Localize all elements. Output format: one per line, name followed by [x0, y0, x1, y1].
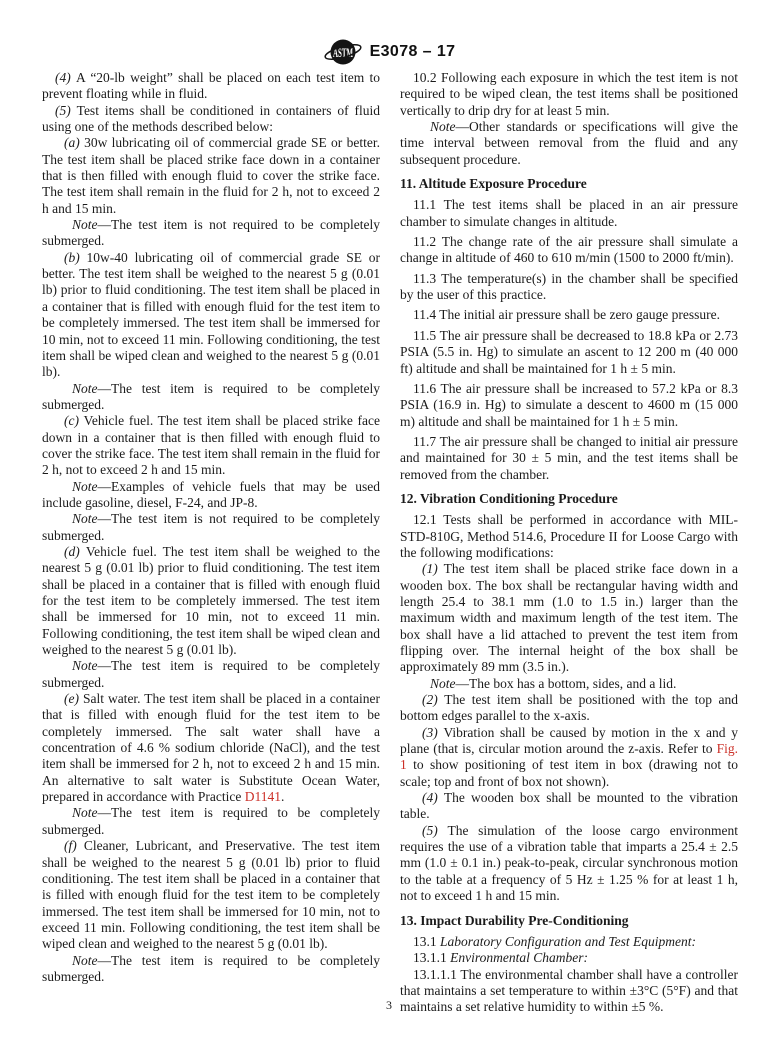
text-run: 30w lubricating oil of commercial grade … [42, 135, 380, 215]
body-columns: (4) A “20-lb weight” shall be placed on … [42, 70, 738, 1016]
body-paragraph: (2) The test item shall be positioned wi… [400, 692, 738, 725]
body-paragraph: 11.5 The air pressure shall be decreased… [400, 328, 738, 377]
section-heading: 12. Vibration Conditioning Procedure [400, 491, 738, 507]
body-paragraph: 11.2 The change rate of the air pressure… [400, 234, 738, 267]
italic-text: (f) [64, 838, 84, 853]
body-paragraph: (3) Vibration shall be caused by motion … [400, 725, 738, 790]
italic-text: Note [72, 381, 98, 396]
page-header: ASTM E3078 – 17 [0, 36, 778, 68]
body-paragraph: (d) Vehicle fuel. The test item shall be… [42, 544, 380, 658]
body-paragraph: 11.6 The air pressure shall be increased… [400, 381, 738, 430]
left-column: (4) A “20-lb weight” shall be placed on … [42, 70, 380, 1016]
text-run: 10.2 Following each exposure in which th… [400, 70, 738, 118]
body-paragraph: (a) 30w lubricating oil of commercial gr… [42, 135, 380, 217]
text-run: . [281, 789, 284, 804]
text-run: 11.2 The change rate of the air pressure… [400, 234, 738, 265]
italic-text: Note [72, 511, 98, 526]
italic-text: Note [430, 676, 456, 691]
note-paragraph: Note—Other standards or specifications w… [400, 119, 738, 168]
body-paragraph: 12.1 Tests shall be performed in accorda… [400, 512, 738, 561]
italic-text: (4) [422, 790, 444, 805]
note-paragraph: Note—The test item is required to be com… [42, 953, 380, 986]
text-run: 13.1 [413, 934, 440, 949]
text-run: The test item shall be positioned with t… [400, 692, 738, 723]
note-paragraph: Note—Examples of vehicle fuels that may … [42, 479, 380, 512]
body-paragraph: (4) The wooden box shall be mounted to t… [400, 790, 738, 823]
text-run: 11.4 The initial air pressure shall be z… [413, 307, 720, 322]
text-run: 11.5 The air pressure shall be decreased… [400, 328, 738, 376]
italic-text: (c) [64, 413, 84, 428]
document-page: ASTM E3078 – 17 (4) A “20-lb weight” sha… [0, 0, 778, 1041]
text-run: —The box has a bottom, sides, and a lid. [456, 676, 677, 691]
note-paragraph: Note—The test item is required to be com… [42, 658, 380, 691]
text-run: 10w-40 lubricating oil of commercial gra… [42, 250, 380, 379]
body-paragraph: (4) A “20-lb weight” shall be placed on … [42, 70, 380, 103]
italic-text: Note [72, 479, 98, 494]
italic-text: (b) [64, 250, 87, 265]
text-run: 13.1.1 [413, 950, 450, 965]
text-run: Vehicle fuel. The test item shall be pla… [42, 413, 380, 477]
astm-logo-icon: ASTM [323, 36, 363, 68]
body-paragraph: (5) The simulation of the loose cargo en… [400, 823, 738, 905]
italic-text: (5) [55, 103, 77, 118]
body-paragraph: (1) The test item shall be placed strike… [400, 561, 738, 675]
section-heading: 13. Impact Durability Pre-Conditioning [400, 913, 738, 929]
text-run: 11.1 The test items shall be placed in a… [400, 197, 738, 228]
body-paragraph: 11.3 The temperature(s) in the chamber s… [400, 271, 738, 304]
italic-text: Note [430, 119, 456, 134]
page-number: 3 [386, 998, 392, 1012]
text-run: 11. Altitude Exposure Procedure [400, 176, 587, 191]
text-run: 11.3 The temperature(s) in the chamber s… [400, 271, 738, 302]
text-run: 11.7 The air pressure shall be changed t… [400, 434, 738, 482]
body-paragraph: (b) 10w-40 lubricating oil of commercial… [42, 250, 380, 381]
italic-text: (e) [64, 691, 83, 706]
right-column: 10.2 Following each exposure in which th… [400, 70, 738, 1016]
note-paragraph: Note—The test item is required to be com… [42, 381, 380, 414]
italic-text: Note [72, 805, 98, 820]
body-paragraph: 11.1 The test items shall be placed in a… [400, 197, 738, 230]
reference-link[interactable]: D1141 [245, 789, 281, 804]
italic-text: (1) [422, 561, 444, 576]
text-run: Vehicle fuel. The test item shall be wei… [42, 544, 380, 657]
text-run: Salt water. The test item shall be place… [42, 691, 380, 804]
italic-text: (a) [64, 135, 84, 150]
body-paragraph: (f) Cleaner, Lubricant, and Preservative… [42, 838, 380, 952]
italic-text: (d) [64, 544, 86, 559]
italic-text: (2) [422, 692, 444, 707]
text-run: The simulation of the loose cargo enviro… [400, 823, 738, 903]
body-paragraph: 13.1 Laboratory Configuration and Test E… [400, 934, 738, 950]
italic-text: Environmental Chamber: [450, 950, 588, 965]
text-run: A “20-lb weight” shall be placed on each… [42, 70, 380, 101]
italic-text: (3) [422, 725, 443, 740]
text-run: Vibration shall be caused by motion in t… [400, 725, 738, 756]
italic-text: Note [72, 658, 98, 673]
note-paragraph: Note—The test item is not required to be… [42, 511, 380, 544]
note-paragraph: Note—The box has a bottom, sides, and a … [400, 676, 738, 692]
body-paragraph: (e) Salt water. The test item shall be p… [42, 691, 380, 805]
note-paragraph: Note—The test item is required to be com… [42, 805, 380, 838]
text-run: Test items shall be conditioned in conta… [42, 103, 380, 134]
text-run: 11.6 The air pressure shall be increased… [400, 381, 738, 429]
italic-text: Note [72, 217, 98, 232]
body-paragraph: 10.2 Following each exposure in which th… [400, 70, 738, 119]
body-paragraph: (5) Test items shall be conditioned in c… [42, 103, 380, 136]
italic-text: Laboratory Configuration and Test Equipm… [440, 934, 696, 949]
italic-text: (5) [422, 823, 447, 838]
note-paragraph: Note—The test item is not required to be… [42, 217, 380, 250]
body-paragraph: 13.1.1 Environmental Chamber: [400, 950, 738, 966]
text-run: to show positioning of test item in box … [400, 757, 738, 788]
text-run: The test item shall be placed strike fac… [400, 561, 738, 674]
body-paragraph: 11.4 The initial air pressure shall be z… [400, 307, 738, 323]
section-heading: 11. Altitude Exposure Procedure [400, 176, 738, 192]
text-run: 12.1 Tests shall be performed in accorda… [400, 512, 738, 560]
text-run: 13. Impact Durability Pre-Conditioning [400, 913, 629, 928]
body-paragraph: 11.7 The air pressure shall be changed t… [400, 434, 738, 483]
page-footer: 3 [0, 998, 778, 1013]
italic-text: (4) [55, 70, 76, 85]
italic-text: Note [72, 953, 98, 968]
text-run: Cleaner, Lubricant, and Preservative. Th… [42, 838, 380, 951]
body-paragraph: (c) Vehicle fuel. The test item shall be… [42, 413, 380, 478]
text-run: 12. Vibration Conditioning Procedure [400, 491, 618, 506]
text-run: The wooden box shall be mounted to the v… [400, 790, 738, 821]
document-designation: E3078 – 17 [370, 43, 456, 61]
